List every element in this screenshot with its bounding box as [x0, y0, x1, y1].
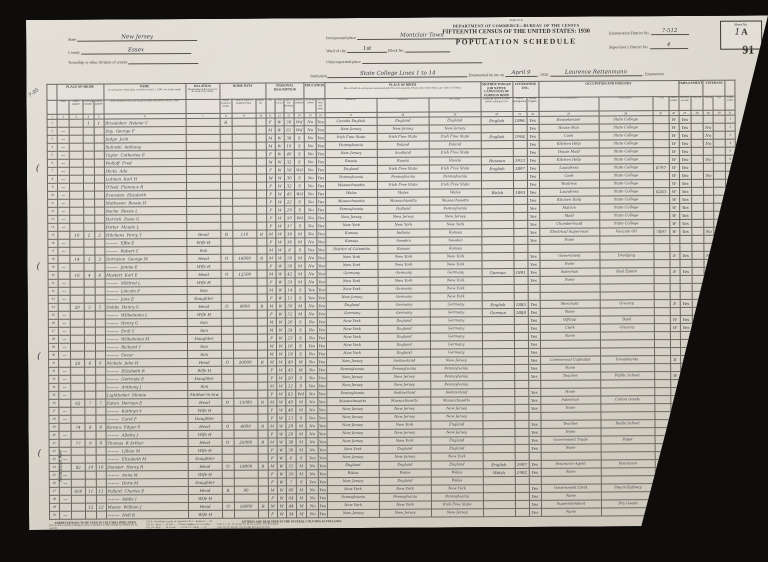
cell-cw: W	[669, 172, 679, 180]
cell-ln: 9	[48, 184, 58, 192]
cell-farm: 32	[727, 364, 737, 372]
cell-house	[70, 296, 84, 304]
cell-ind: Dry Goods	[601, 500, 655, 508]
cell-house: 20	[70, 304, 84, 312]
cell-mar: M	[294, 230, 305, 238]
cell-farm: 6	[725, 156, 735, 164]
cell-own	[222, 479, 234, 487]
cell-vet: No	[704, 324, 714, 332]
cell-house	[70, 280, 84, 288]
cell-val	[233, 278, 257, 286]
enumerated-label: Enumerated by me on	[469, 72, 504, 77]
cell-eng: Yes	[529, 445, 541, 453]
incorporated-label: Incorporated place	[326, 35, 356, 40]
cell-fam	[94, 199, 104, 207]
cell-rel: Head	[188, 423, 222, 431]
cell-dw: 10	[85, 463, 96, 471]
cell-rad	[256, 134, 266, 142]
cell-val	[234, 454, 258, 462]
cell-age: 45	[284, 190, 294, 198]
cell-e1: No	[305, 190, 317, 198]
cell-rad	[256, 150, 266, 158]
cell-sex: F	[267, 334, 276, 342]
cell-own	[222, 471, 234, 479]
entries-block: ENTRIES ARE REQUIRED IN THE SEVERAL COLU…	[217, 520, 367, 544]
cell-own	[222, 495, 234, 503]
cell-rel: Head	[187, 255, 221, 263]
cell-cw	[670, 364, 680, 372]
cell-vet2	[715, 452, 727, 460]
cell-sex: F	[268, 446, 277, 454]
cell-rel: Son	[187, 287, 221, 295]
cell-emp: Yes	[679, 156, 691, 164]
cell-ln: 20	[48, 272, 58, 280]
cell-rel: Head	[188, 487, 222, 495]
cell-own	[221, 287, 233, 295]
cell-val	[233, 326, 257, 334]
cell-vet	[705, 380, 715, 388]
cell-code	[653, 252, 669, 260]
cell-val	[233, 334, 257, 342]
cell-own: O	[221, 399, 233, 407]
township-label: Township or other division of county	[68, 59, 127, 64]
column-group: VETERANS	[703, 80, 725, 97]
cell-fam: 4	[95, 271, 105, 279]
note-line: Col. 16—Single ...... S Married ...... M…	[146, 530, 212, 536]
cell-rel: Head	[187, 303, 221, 311]
cell-e2: Yes	[318, 462, 327, 470]
cell-rel: Son	[187, 351, 221, 359]
cell-imm	[515, 405, 529, 413]
cell-imm	[513, 205, 527, 213]
cell-mar: S	[295, 342, 306, 350]
cell-emp	[680, 388, 692, 396]
cell-age: 14	[285, 286, 295, 294]
cell-imm	[513, 213, 527, 221]
cell-tng	[483, 501, 515, 509]
note-line: Col. 23—Naturalized ...... Na Alien ....…	[146, 536, 212, 539]
cell-emp2	[691, 116, 703, 124]
cell-age: 37	[284, 222, 294, 230]
column-subhead-farm: Farm sched.	[725, 97, 735, 111]
cell-cw: W	[671, 460, 681, 468]
cell-emp2	[693, 412, 705, 420]
ward-label: Ward of city	[326, 48, 346, 53]
cell-rad: R	[257, 302, 267, 310]
cell-sex: F	[266, 182, 275, 190]
cell-rad	[257, 262, 267, 270]
street-name-note: Mountain Ave	[59, 450, 64, 482]
cell-sex: M	[267, 246, 276, 254]
cell-imm: 1897	[513, 165, 527, 173]
cell-cw	[670, 380, 680, 388]
cell-farm: 11	[726, 196, 736, 204]
cell-age: 50	[284, 214, 294, 222]
cell-e1: No	[305, 222, 317, 230]
sheet-value: 1	[734, 28, 740, 38]
cell-vet	[704, 260, 714, 268]
cell-farm: 40	[727, 428, 737, 436]
cell-col: W	[276, 254, 285, 262]
cell-code	[655, 428, 671, 436]
cell-imm	[515, 453, 529, 461]
cell-street: —	[58, 200, 70, 208]
cell-dw	[83, 135, 94, 143]
cell-rel: Son	[187, 327, 221, 335]
institution-line: Institution State College Lines 1 to 14 …	[310, 69, 664, 78]
cell-vet	[705, 412, 715, 420]
cell-col: W	[276, 398, 285, 406]
cell-vet	[704, 332, 714, 340]
cell-sex: M	[266, 230, 275, 238]
cell-rad	[257, 342, 267, 350]
cell-code	[653, 244, 669, 252]
cell-col: W	[275, 118, 284, 126]
cell-val	[234, 446, 258, 454]
cell-e1: No	[307, 470, 319, 478]
cell-val	[232, 150, 256, 158]
cell-imm	[515, 445, 529, 453]
cell-val	[232, 222, 256, 230]
cell-val	[234, 494, 258, 502]
cell-imm	[515, 429, 529, 437]
cell-code	[653, 196, 669, 204]
cell-emp2	[693, 420, 705, 428]
cell-eng: Yes	[529, 461, 541, 469]
cell-emp2	[692, 300, 704, 308]
cell-ln: 21	[48, 280, 58, 288]
cell-rad	[256, 126, 266, 134]
cell-code	[654, 380, 670, 388]
cell-e1: Yes	[306, 342, 318, 350]
cell-dw	[84, 223, 95, 231]
cell-fam	[96, 431, 106, 439]
cell-rel: Son	[187, 343, 221, 351]
cell-dw	[85, 495, 96, 503]
cell-sex: M	[267, 318, 276, 326]
cell-street: —	[58, 320, 70, 328]
cell-e1: Yes	[307, 478, 319, 486]
column-group: HOME DATA	[220, 83, 266, 100]
footnote-column: Col. 6—Dwellings in order of visitation.…	[146, 521, 212, 545]
cell-vet	[705, 452, 715, 460]
cell-own	[221, 391, 233, 399]
cell-farm: 21	[726, 276, 736, 284]
cell-e1: No	[305, 158, 317, 166]
county-field: County Essex	[68, 47, 191, 55]
cell-e2: Yes	[318, 494, 327, 502]
cell-vet2	[714, 236, 726, 244]
cell-rad	[258, 430, 268, 438]
cell-own	[220, 127, 232, 135]
cell-emp2	[693, 508, 705, 516]
cell-emp: Yes	[680, 316, 692, 324]
cell-code	[653, 172, 669, 180]
cell-street: —	[58, 184, 70, 192]
cell-rad	[256, 142, 266, 150]
cell-e2: Yes	[317, 302, 326, 310]
cell-house	[69, 168, 83, 176]
cell-mar: S	[294, 222, 305, 230]
cell-age: 56	[285, 254, 295, 262]
cell-emp2	[693, 476, 705, 484]
column-group: EDUCATION	[304, 83, 324, 99]
cell-dw	[85, 415, 96, 423]
cell-farm: 2	[725, 124, 735, 132]
cell-vet: No	[705, 356, 715, 364]
cell-eng	[528, 381, 540, 389]
cell-fam	[95, 327, 105, 335]
cell-rel	[186, 175, 220, 183]
cell-sex: M	[266, 134, 275, 142]
cell-emp: Yes	[681, 436, 693, 444]
cell-age: 29	[286, 422, 296, 430]
cell-vet2	[714, 220, 726, 228]
cell-e2: Yes	[318, 510, 327, 518]
cell-farm: 39	[727, 420, 737, 428]
cell-farm: 34	[727, 380, 737, 388]
cell-house	[70, 328, 84, 336]
cell-rel: Wife H	[186, 239, 220, 247]
cell-cw: W	[670, 372, 680, 380]
cell-col: W	[275, 150, 284, 158]
cell-tng	[483, 397, 515, 405]
cell-e1: No	[305, 230, 317, 238]
cell-cw: W	[671, 500, 681, 508]
cell-imm: 1896	[513, 117, 527, 125]
cell-vet2	[713, 156, 725, 164]
cell-tng	[483, 429, 515, 437]
cell-code	[653, 204, 669, 212]
cell-val: 4000	[234, 422, 258, 430]
cell-emp: Yes	[679, 164, 691, 172]
cell-tng: English	[482, 301, 514, 309]
cell-vet2	[714, 260, 726, 268]
cell-rel: Daughter	[187, 295, 221, 303]
cell-emp: Yes	[679, 196, 691, 204]
cell-fam: 11	[96, 487, 106, 495]
cell-dw	[84, 199, 95, 207]
cell-vet2	[714, 324, 726, 332]
cell-tng	[482, 285, 514, 293]
cell-rel: Head	[187, 399, 221, 407]
cell-age: 52	[285, 310, 295, 318]
cell-emp: Yes	[679, 180, 691, 188]
cell-col: W	[277, 478, 286, 486]
cell-e1: No	[306, 310, 318, 318]
cell-vet2	[714, 244, 726, 252]
column-subhead-bp: PERSON	[325, 99, 377, 113]
cell-e1: Yes	[306, 382, 318, 390]
cell-e2: Yes	[318, 446, 327, 454]
cell-e1: No	[306, 390, 318, 398]
cell-age: 24	[285, 326, 295, 334]
cell-rel	[186, 127, 220, 135]
cell-rel: Head	[188, 439, 222, 447]
cell-emp2	[691, 164, 703, 172]
cell-house	[69, 144, 83, 152]
cell-sex: F	[266, 238, 275, 246]
cell-own	[220, 207, 232, 215]
cell-emp	[679, 260, 691, 268]
cell-farm: 35	[727, 388, 737, 396]
cell-house	[70, 288, 84, 296]
cell-e2: Yes	[318, 470, 327, 478]
cell-cw: W	[670, 324, 680, 332]
cell-occ: None	[541, 508, 601, 516]
cell-dw	[84, 287, 95, 295]
column-group: EMPLOYMENT	[678, 80, 703, 97]
cell-rad	[257, 382, 267, 390]
cell-cw	[671, 444, 681, 452]
cell-e1: No	[307, 446, 319, 454]
cell-imm	[515, 501, 529, 509]
cell-age: 6	[286, 454, 296, 462]
cell-vet2	[716, 508, 728, 516]
cell-sex: M	[267, 342, 276, 350]
cell-age: 58	[284, 166, 294, 174]
cell-emp: Yes	[680, 372, 692, 380]
cell-cw	[671, 508, 681, 516]
cell-vet	[704, 284, 714, 292]
unincorporated-label: Unincorporated place	[326, 59, 361, 64]
cell-fam	[95, 383, 105, 391]
cell-eng: Yes	[528, 373, 540, 381]
cell-rad	[257, 350, 267, 358]
cell-fam	[94, 175, 104, 183]
cell-dw	[83, 127, 94, 135]
cell-emp2	[693, 436, 705, 444]
cell-eng: Yes	[527, 157, 539, 165]
cell-rad	[256, 182, 266, 190]
cell-mar: M	[295, 262, 306, 270]
cell-col: W	[277, 486, 286, 494]
cell-street: —	[58, 216, 70, 224]
cell-imm	[514, 341, 528, 349]
cell-rel: Wife H	[188, 447, 222, 455]
cell-vet	[705, 444, 715, 452]
cell-house	[70, 224, 84, 232]
cell-cw: E	[669, 252, 679, 260]
cell-cw: W	[671, 484, 681, 492]
cell-house	[69, 120, 83, 128]
cell-vet	[705, 364, 715, 372]
cell-e2: Yes	[317, 206, 326, 214]
cell-house: 16	[70, 272, 84, 280]
column-subhead-house: House number	[69, 101, 83, 115]
cell-col: W	[276, 326, 285, 334]
cell-emp	[679, 244, 691, 252]
cell-vet2	[715, 356, 727, 364]
cell-eng: Yes	[529, 501, 541, 509]
cell-col: W	[276, 246, 285, 254]
cell-vet	[704, 292, 714, 300]
cell-rel: Son	[187, 247, 221, 255]
cell-emp: Yes	[679, 188, 691, 196]
cell-emp: Yes	[679, 204, 691, 212]
cell-imm	[515, 477, 529, 485]
cell-street: —	[57, 176, 69, 184]
cell-sex: F	[267, 374, 276, 382]
cell-farm: 33	[727, 372, 737, 380]
cell-ln: 37	[49, 408, 59, 416]
cell-ln: 27	[48, 328, 58, 336]
column-subhead-ind: INDUSTRY	[598, 97, 652, 111]
cell-street: —	[59, 376, 71, 384]
cell-e2: Yes	[317, 270, 326, 278]
cell-code	[654, 284, 670, 292]
cell-vet2	[714, 268, 726, 276]
cell-eng: Yes	[528, 325, 540, 333]
cell-vet2	[714, 316, 726, 324]
cell-mar: M	[295, 398, 306, 406]
cell-emp	[681, 476, 693, 484]
cell-col: W	[275, 238, 284, 246]
cell-fam	[95, 311, 105, 319]
cell-imm: 1891	[514, 269, 528, 277]
cell-e1: Yes	[306, 414, 318, 422]
cell-e2: Yes	[317, 222, 326, 230]
cell-vet2	[714, 180, 726, 188]
cell-emp	[680, 292, 692, 300]
cell-own	[220, 199, 232, 207]
cell-rad: R	[257, 358, 267, 366]
cell-house	[69, 152, 83, 160]
cell-eng	[528, 413, 540, 421]
cell-dw	[84, 263, 95, 271]
cell-own	[220, 143, 232, 151]
cell-mar: S	[294, 182, 305, 190]
cell-own	[221, 335, 233, 343]
cell-e2: Yes	[318, 438, 327, 446]
cell-cw	[671, 428, 681, 436]
cell-ln: 31	[49, 360, 59, 368]
cell-rel	[186, 223, 220, 231]
cell-cw	[670, 348, 680, 356]
cell-street	[59, 424, 71, 432]
cell-vet	[704, 212, 714, 220]
cell-e1: No	[306, 374, 318, 382]
cell-mar: S	[295, 318, 306, 326]
cell-tng	[481, 181, 513, 189]
cell-dw	[84, 335, 95, 343]
cell-eng: Yes	[529, 485, 541, 493]
cell-own: O	[221, 271, 233, 279]
cell-vet2	[714, 212, 726, 220]
cell-farm: 24	[726, 300, 736, 308]
cell-age: 12	[285, 382, 295, 390]
cell-fam	[94, 215, 104, 223]
margin-bracket-mark: (	[37, 352, 41, 362]
cell-tng	[482, 325, 514, 333]
cell-code	[654, 308, 670, 316]
cell-eng: Yes	[527, 229, 539, 237]
cell-cw	[670, 340, 680, 348]
cell-emp: Yes	[679, 124, 691, 132]
cell-house: 14	[70, 256, 84, 264]
cell-emp: Yes	[679, 148, 691, 156]
cell-mar: S	[296, 478, 307, 486]
cell-imm	[513, 197, 527, 205]
cell-mar: M	[296, 430, 307, 438]
cell-emp	[680, 380, 692, 388]
cell-code	[654, 388, 670, 396]
cell-val	[232, 190, 256, 198]
cell-ln: 49	[49, 504, 59, 512]
cell-mar: M	[296, 502, 307, 510]
cell-mar: M	[296, 446, 307, 454]
cell-vet2	[715, 412, 727, 420]
